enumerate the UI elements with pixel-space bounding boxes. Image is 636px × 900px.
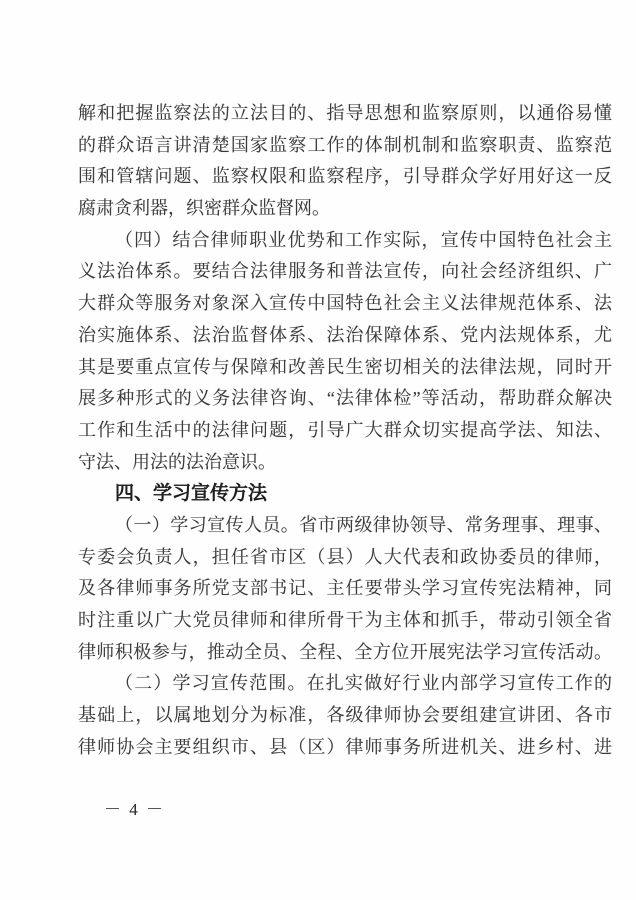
document-line: （四）结合律师职业优势和工作实际，宣传中国特色社会主 [78, 225, 612, 257]
document-line: 律师积极参与，推动全员、全程、全方位开展宪法学习宣传活动。 [78, 637, 612, 669]
document-line: 展多种形式的义务法律咨询、“法律体检”等活动，帮助群众解决 [78, 383, 612, 415]
document-line: 治实施体系、法治监督体系、法治保障体系、党内法规体系，尤 [78, 320, 612, 352]
document-line: （一）学习宣传人员。省市两级律协领导、常务理事、理事、 [78, 510, 612, 542]
document-line: 律师协会主要组织市、县（区）律师事务所进机关、进乡村、进 [78, 732, 612, 764]
document-line: 大群众等服务对象深入宣传中国特色社会主义法律规范体系、法 [78, 288, 612, 320]
document-line: 腐肃贪利器，织密群众监督网。 [78, 193, 612, 225]
document-line: 及各律师事务所党支部书记、主任要带头学习宣传宪法精神，同 [78, 573, 612, 605]
document-line: 时注重以广大党员律师和律所骨干为主体和抓手，带动引领全省 [78, 605, 612, 637]
document-line: 解和把握监察法的立法目的、指导思想和监察原则，以通俗易懂 [78, 98, 612, 130]
scanned-document-page: 解和把握监察法的立法目的、指导思想和监察原则，以通俗易懂 的群众语言讲清楚国家监… [0, 0, 636, 900]
document-line: 工作和生活中的法律问题，引导广大群众切实提高学法、知法、 [78, 415, 612, 447]
document-text-block: 解和把握监察法的立法目的、指导思想和监察原则，以通俗易懂 的群众语言讲清楚国家监… [78, 98, 612, 763]
document-line: 专委会负责人，担任省市区（县）人大代表和政协委员的律师， [78, 542, 612, 574]
document-line: 其是要重点宣传与保障和改善民生密切相关的法律法规，同时开 [78, 352, 612, 384]
page-number: － 4 － [104, 800, 165, 820]
document-line: （二）学习宣传范围。在扎实做好行业内部学习宣传工作的 [78, 668, 612, 700]
document-line: 基础上，以属地划分为标准，各级律师协会要组建宣讲团、各市 [78, 700, 612, 732]
section-heading: 四、学习宣传方法 [78, 478, 612, 510]
document-line: 围和管辖问题、监察权限和监察程序，引导群众学好用好这一反 [78, 161, 612, 193]
document-line: 守法、用法的法治意识。 [78, 447, 612, 479]
document-line: 义法治体系。要结合法律服务和普法宣传，向社会经济组织、广 [78, 256, 612, 288]
document-line: 的群众语言讲清楚国家监察工作的体制机制和监察职责、监察范 [78, 130, 612, 162]
